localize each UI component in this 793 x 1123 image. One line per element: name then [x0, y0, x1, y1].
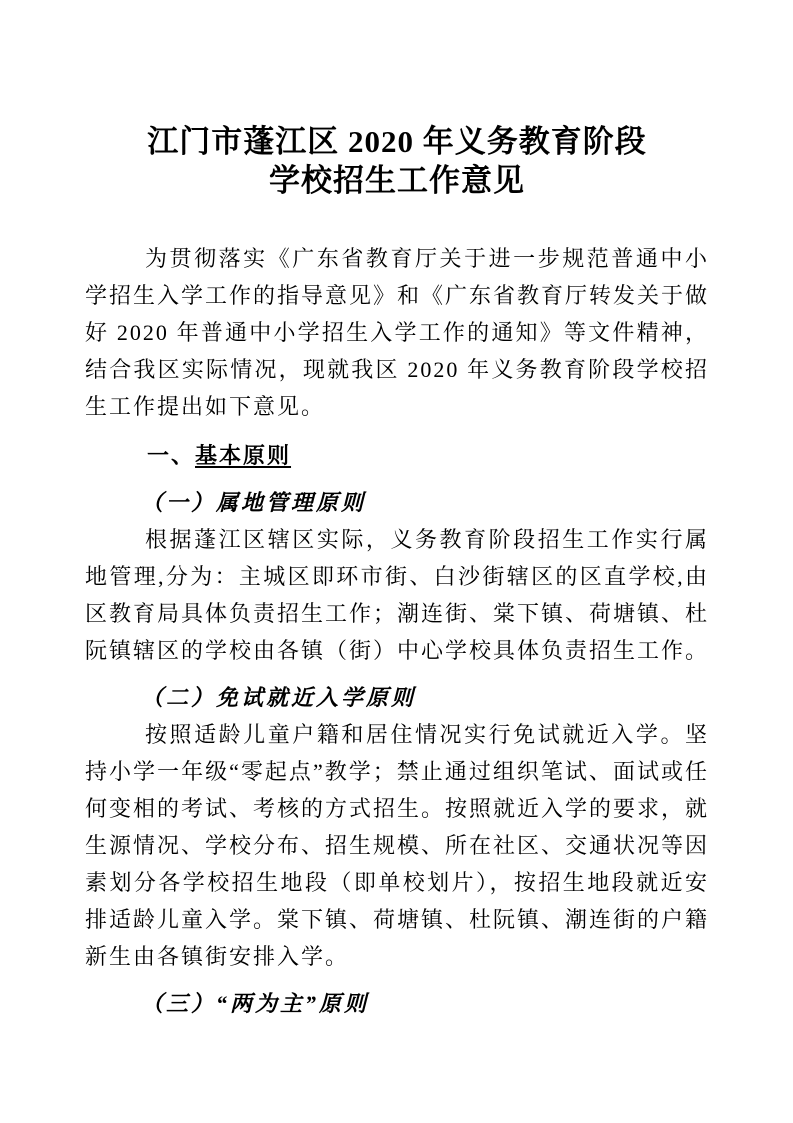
section-1-heading: 一、基本原则 — [147, 437, 709, 474]
title-line-2: 学校招生工作意见 — [85, 161, 709, 200]
subsection-3-heading: （三）“两为主”原则 — [141, 985, 709, 1022]
document-title: 江门市蓬江区 2020 年义务教育阶段 学校招生工作意见 — [85, 122, 709, 200]
document-page: 江门市蓬江区 2020 年义务教育阶段 学校招生工作意见 为贯彻落实《广东省教育… — [0, 0, 793, 1123]
subsection-2-heading: （二）免试就近入学原则 — [141, 679, 709, 716]
section-1-title: 基本原则 — [195, 443, 291, 468]
section-1-number: 一、 — [147, 443, 195, 468]
intro-paragraph: 为贯彻落实《广东省教育厅关于进一步规范普通中小学招生入学工作的指导意见》和《广东… — [85, 240, 709, 425]
title-line-1: 江门市蓬江区 2020 年义务教育阶段 — [85, 122, 709, 161]
subsection-1-body: 根据蓬江区辖区实际，义务教育阶段招生工作实行属地管理,分为：主城区即环市街、白沙… — [85, 521, 709, 669]
subsection-2-body: 按照适龄儿童户籍和居住情况实行免试就近入学。坚持小学一年级“零起点”教学；禁止通… — [85, 716, 709, 975]
subsection-1-heading: （一）属地管理原则 — [141, 484, 709, 521]
